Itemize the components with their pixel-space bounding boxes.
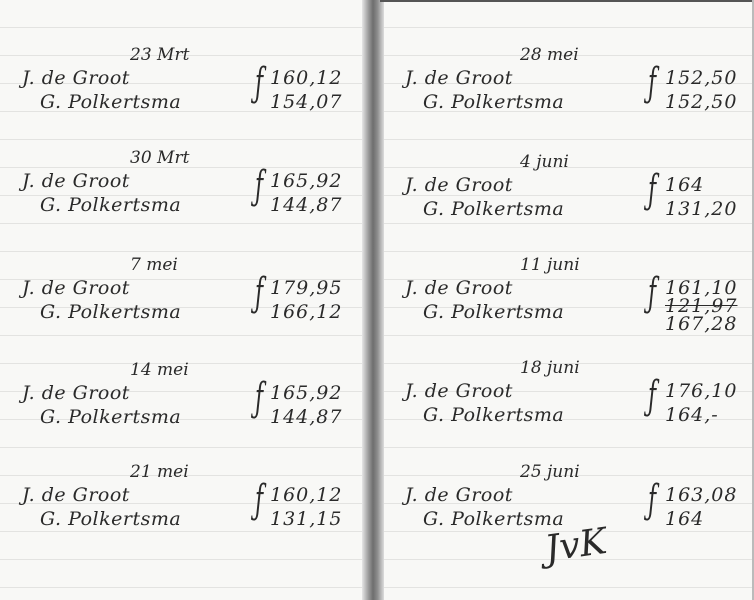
guilder-symbol: ƒ bbox=[648, 376, 656, 416]
entry-amount: 152,50 bbox=[665, 91, 737, 113]
entry-amount: 166,12 bbox=[270, 301, 342, 323]
page-edge bbox=[380, 0, 754, 2]
entry-date: 7 mei bbox=[130, 255, 178, 275]
entry-name: J. de Groot bbox=[405, 277, 513, 299]
entry-name: G. Polkertsma bbox=[423, 198, 564, 220]
entry-amount: 154,07 bbox=[270, 91, 342, 113]
entry-date: 28 mei bbox=[520, 45, 579, 65]
entry-name: G. Polkertsma bbox=[40, 406, 181, 428]
entry-amount: 144,87 bbox=[270, 194, 342, 216]
entry-amount: 144,87 bbox=[270, 406, 342, 428]
entry-amount: 131,20 bbox=[665, 198, 737, 220]
entry-date: 25 juni bbox=[520, 462, 580, 482]
entry-date: 23 Mrt bbox=[130, 45, 189, 65]
entry-name: G. Polkertsma bbox=[40, 194, 181, 216]
entry-amount: 176,10 bbox=[665, 380, 737, 402]
guilder-symbol: ƒ bbox=[255, 63, 263, 103]
guilder-symbol: ƒ bbox=[255, 273, 263, 313]
entry-name: J. de Groot bbox=[22, 484, 130, 506]
entry-name: J. de Groot bbox=[405, 380, 513, 402]
entry-name: J. de Groot bbox=[405, 484, 513, 506]
entry-amount: 165,92 bbox=[270, 170, 342, 192]
entry-date: 18 juni bbox=[520, 358, 580, 378]
entry-name: J. de Groot bbox=[22, 67, 130, 89]
entry-amount: 167,28 bbox=[665, 313, 737, 335]
entry-date: 14 mei bbox=[130, 360, 189, 380]
entry-amount: 179,95 bbox=[270, 277, 342, 299]
entry-name: J. de Groot bbox=[22, 382, 130, 404]
guilder-symbol: ƒ bbox=[255, 166, 263, 206]
entry-amount: 164,- bbox=[665, 404, 719, 426]
entry-name: G. Polkertsma bbox=[423, 301, 564, 323]
guilder-symbol: ƒ bbox=[648, 63, 656, 103]
entry-amount: 152,50 bbox=[665, 67, 737, 89]
entry-amount: 160,12 bbox=[270, 484, 342, 506]
initials-signature: JvK bbox=[542, 521, 609, 570]
entry-amount: 164 bbox=[665, 508, 704, 530]
guilder-symbol: ƒ bbox=[648, 480, 656, 520]
entry-name: J. de Groot bbox=[405, 174, 513, 196]
entry-amount: 165,92 bbox=[270, 382, 342, 404]
entry-name: G. Polkertsma bbox=[423, 508, 564, 530]
notebook-spread: 23 MrtJ. de GrootG. Polkertsmaƒ160,12154… bbox=[0, 0, 754, 600]
entry-amount: 160,12 bbox=[270, 67, 342, 89]
entry-amount: 163,08 bbox=[665, 484, 737, 506]
entry-date: 21 mei bbox=[130, 462, 189, 482]
entry-name: J. de Groot bbox=[22, 170, 130, 192]
entry-name: G. Polkertsma bbox=[423, 91, 564, 113]
entry-name: G. Polkertsma bbox=[40, 508, 181, 530]
guilder-symbol: ƒ bbox=[648, 273, 656, 313]
entry-amount: 164 bbox=[665, 174, 704, 196]
book-gutter bbox=[362, 0, 384, 600]
entry-date: 11 juni bbox=[520, 255, 580, 275]
entry-name: G. Polkertsma bbox=[423, 404, 564, 426]
entry-name: G. Polkertsma bbox=[40, 91, 181, 113]
guilder-symbol: ƒ bbox=[648, 170, 656, 210]
guilder-symbol: ƒ bbox=[255, 378, 263, 418]
entry-date: 30 Mrt bbox=[130, 148, 189, 168]
entry-date: 4 juni bbox=[520, 152, 569, 172]
entry-name: J. de Groot bbox=[22, 277, 130, 299]
guilder-symbol: ƒ bbox=[255, 480, 263, 520]
entry-name: G. Polkertsma bbox=[40, 301, 181, 323]
entry-amount: 131,15 bbox=[270, 508, 342, 530]
entry-name: J. de Groot bbox=[405, 67, 513, 89]
